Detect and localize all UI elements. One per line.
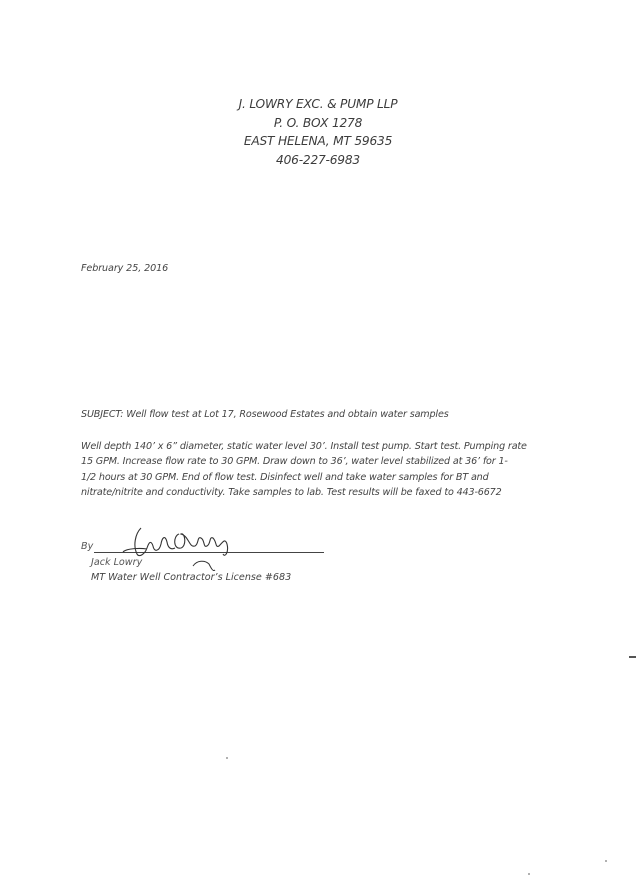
company-name: J. LOWRY EXC. & PUMP LLP [0,95,636,114]
by-label: By [81,541,93,552]
signature-block: By Jack Lowry MT Water Well Contractor’s… [81,530,341,590]
body-line: 1/2 hours at 30 GPM. End of flow test. D… [81,470,561,485]
scan-speck [605,860,607,862]
signer-name: Jack Lowry [91,557,142,568]
po-box: P. O. BOX 1278 [0,114,636,133]
scan-edge-mark [629,656,636,658]
phone-number: 406-227-6983 [0,151,636,170]
city-state-zip: EAST HELENA, MT 59635 [0,132,636,151]
letter-date: February 25, 2016 [81,263,168,274]
body-line: Well depth 140’ x 6” diameter, static wa… [81,439,561,454]
letter-body: Well depth 140’ x 6” diameter, static wa… [81,439,561,501]
scan-speck [226,757,228,759]
scan-speck [528,873,530,875]
subject-line: SUBJECT: Well flow test at Lot 17, Rosew… [81,409,449,420]
body-line: 15 GPM. Increase flow rate to 30 GPM. Dr… [81,454,561,469]
license-text: MT Water Well Contractor’s License #683 [91,572,291,583]
letterhead: J. LOWRY EXC. & PUMP LLP P. O. BOX 1278 … [0,95,636,169]
body-line: nitrate/nitrite and conductivity. Take s… [81,485,561,500]
